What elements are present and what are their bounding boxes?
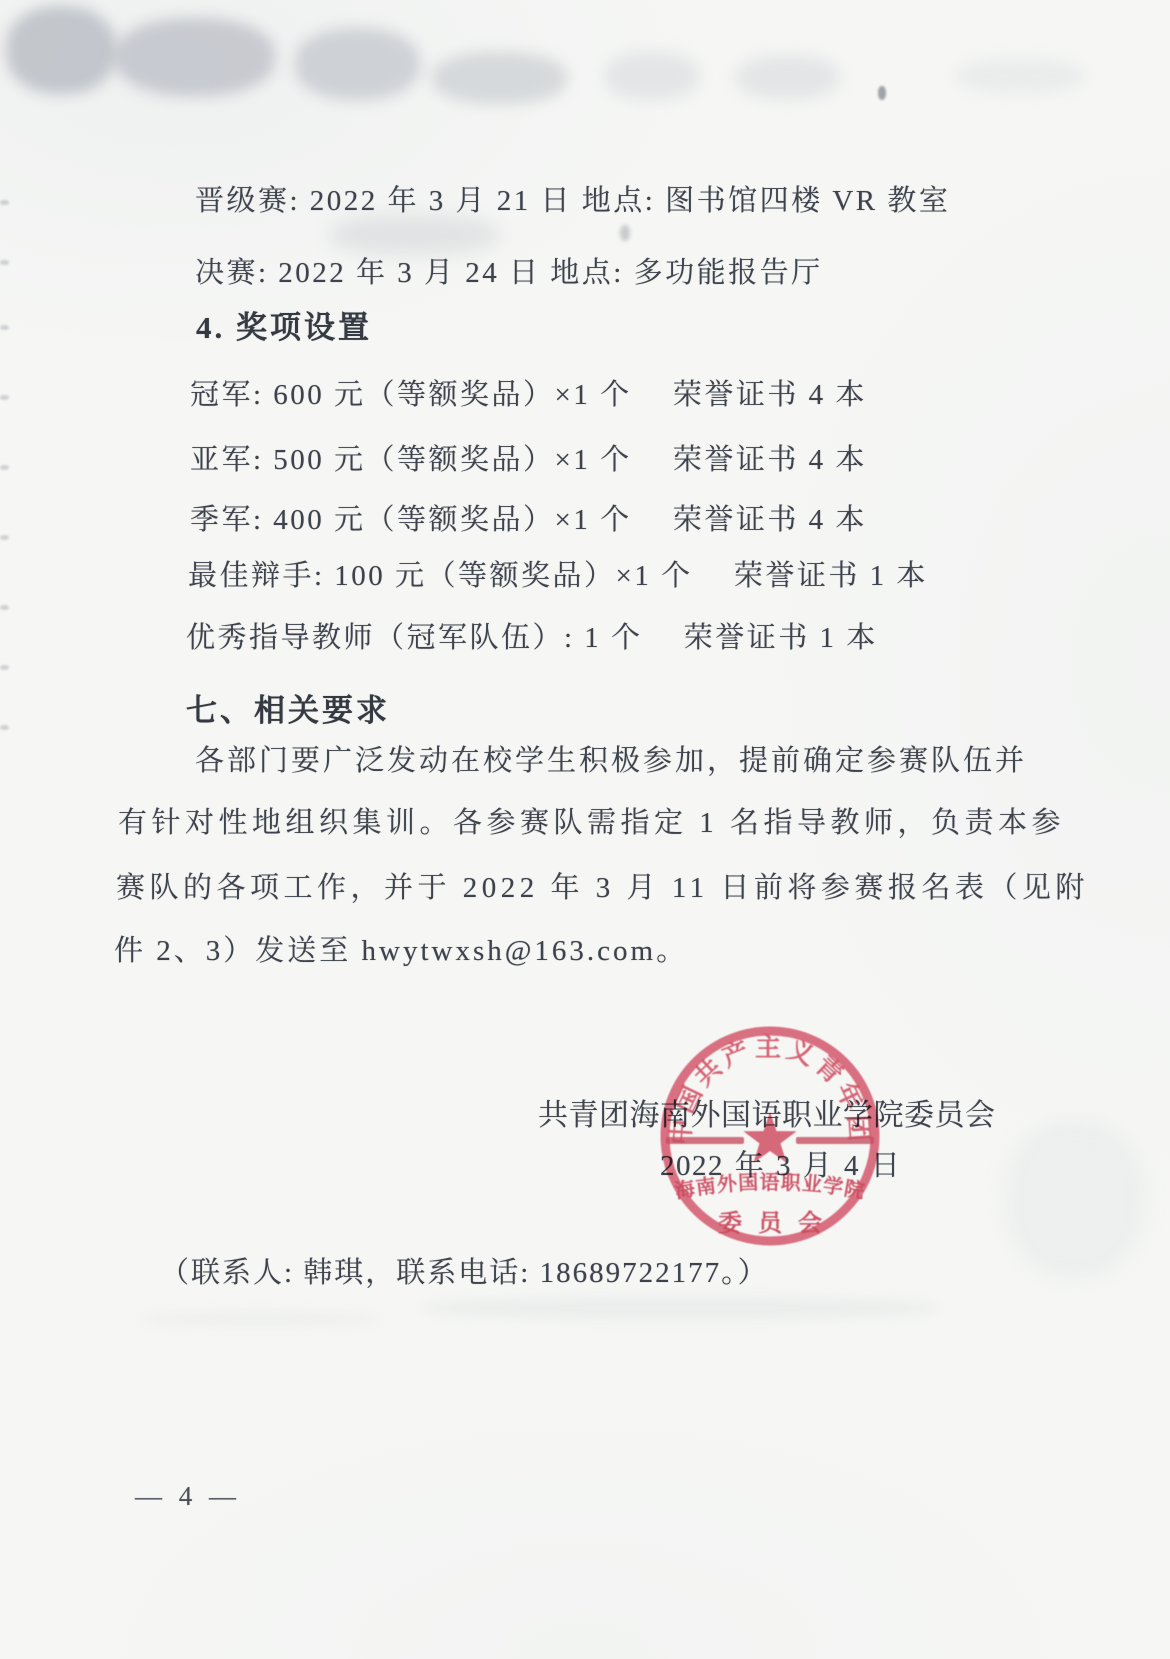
paragraph-line: 件 2、3）发送至 hwytwxsh@163.com。 bbox=[114, 928, 688, 969]
contact-line: （联系人: 韩琪，联系电话: 18689722177。） bbox=[160, 1250, 769, 1291]
bleed-mark bbox=[330, 215, 500, 255]
schedule-line-final: 决赛: 2022 年 3 月 24 日 地点: 多功能报告厅 bbox=[195, 250, 823, 291]
edge-mark bbox=[0, 395, 9, 400]
edge-mark bbox=[0, 535, 9, 540]
award-line-champion: 冠军: 600 元（等额奖品）×1 个 荣誉证书 4 本 bbox=[190, 372, 867, 413]
bleed-mark bbox=[140, 1310, 380, 1328]
signature-date: 2022 年 3 月 4 日 bbox=[660, 1143, 901, 1184]
award-line-best-coach: 优秀指导教师（冠军队伍）: 1 个 荣誉证书 1 本 bbox=[186, 615, 878, 656]
award-line-runner-up: 亚军: 500 元（等额奖品）×1 个 荣誉证书 4 本 bbox=[190, 437, 867, 478]
edge-mark bbox=[0, 325, 9, 330]
award-line-third: 季军: 400 元（等额奖品）×1 个 荣誉证书 4 本 bbox=[190, 497, 867, 538]
awards-heading: 4. 奖项设置 bbox=[196, 302, 372, 347]
bleed-mark bbox=[1005, 1120, 1145, 1280]
scanned-document-page: 晋级赛: 2022 年 3 月 21 日 地点: 图书馆四楼 VR 教室 决赛:… bbox=[0, 0, 1170, 1659]
bleed-mark bbox=[955, 58, 1085, 94]
bleed-mark bbox=[295, 28, 420, 100]
bleed-mark bbox=[735, 55, 840, 100]
seal-ring bbox=[665, 1031, 875, 1241]
signature-organization: 共青团海南外国语职业学院委员会 bbox=[538, 1090, 996, 1134]
paragraph-line: 各部门要广泛发动在校学生积极参加，提前确定参赛队伍并 bbox=[195, 738, 1027, 779]
bleed-mark bbox=[432, 52, 567, 104]
ink-speck bbox=[620, 225, 630, 241]
seal-committee-label: 委员会 bbox=[718, 1209, 838, 1237]
bleed-mark bbox=[420, 1295, 940, 1321]
bleed-mark bbox=[605, 52, 700, 100]
edge-mark bbox=[0, 725, 9, 730]
edge-mark bbox=[0, 260, 9, 265]
edge-mark bbox=[0, 465, 9, 470]
edge-mark bbox=[0, 200, 9, 205]
official-seal: 中国共产主义青年团 海南外国语职业学院 委员会 bbox=[650, 1016, 890, 1256]
page-number: — 4 — bbox=[135, 1481, 241, 1512]
edge-mark bbox=[0, 605, 9, 610]
edge-mark bbox=[0, 665, 9, 670]
bleed-mark bbox=[6, 6, 116, 94]
paragraph-line: 有针对性地组织集训。各参赛队需指定 1 名指导教师，负责本参 bbox=[118, 800, 1065, 841]
ink-speck bbox=[878, 86, 886, 100]
section-heading: 七、相关要求 bbox=[186, 685, 390, 730]
schedule-line-promotion: 晋级赛: 2022 年 3 月 21 日 地点: 图书馆四楼 VR 教室 bbox=[195, 178, 950, 219]
award-line-best-debater: 最佳辩手: 100 元（等额奖品）×1 个 荣誉证书 1 本 bbox=[188, 553, 928, 594]
seal-graphic: 中国共产主义青年团 海南外国语职业学院 委员会 bbox=[650, 1016, 890, 1256]
bleed-mark bbox=[115, 18, 275, 96]
paragraph-line: 赛队的各项工作，并于 2022 年 3 月 11 日前将参赛报名表（见附 bbox=[116, 865, 1089, 906]
